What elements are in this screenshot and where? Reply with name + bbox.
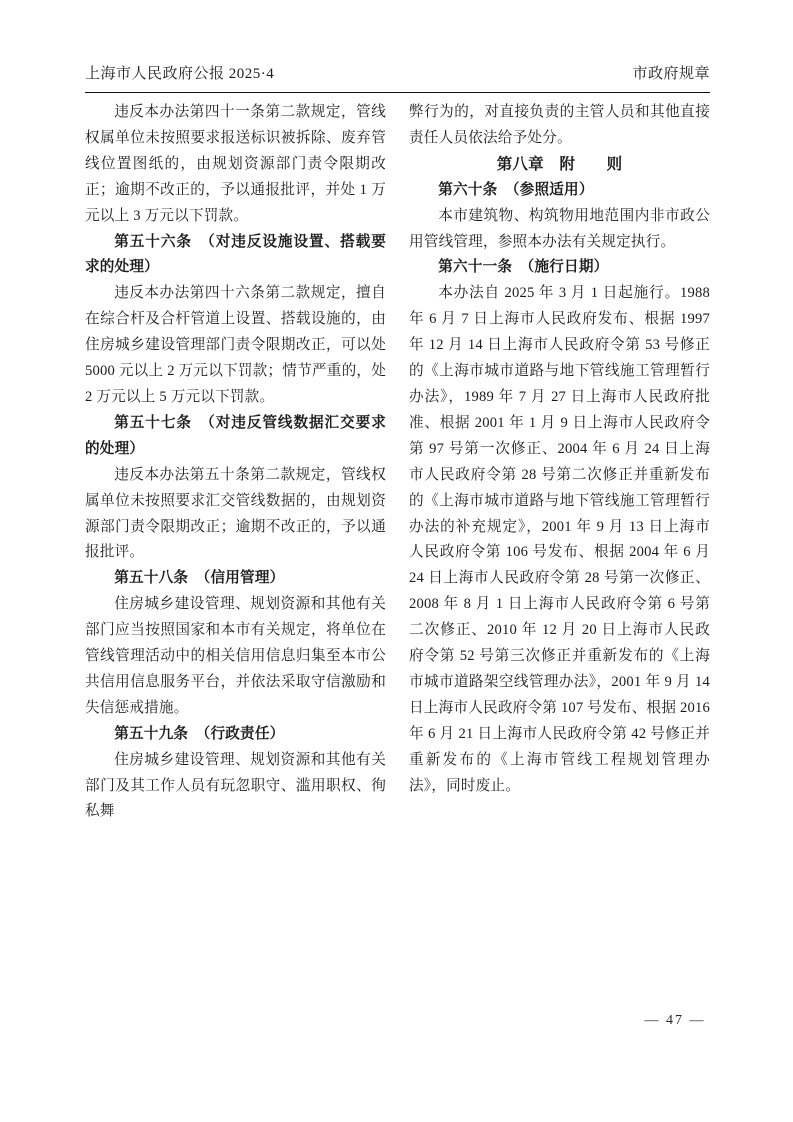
left-column: 违反本办法第四十一条第二款规定，管线权属单位未按照要求报送标识被拆除、废弃管线位… (85, 100, 386, 825)
page-header: 上海市人民政府公报 2025·4 市政府规章 (85, 62, 710, 93)
section-label: 市政府规章 (632, 62, 710, 83)
paragraph: 住房城乡建设管理、规划资源和其他有关部门应当按照国家和本市有关规定，将单位在管线… (85, 592, 386, 722)
article-heading: 第五十七条 （对违反管线数据汇交要求的处理） (85, 411, 386, 463)
gazette-title: 上海市人民政府公报 2025·4 (85, 62, 274, 83)
paragraph: 违反本办法第四十一条第二款规定，管线权属单位未按照要求报送标识被拆除、废弃管线位… (85, 100, 386, 230)
article-heading: 第六十一条 （施行日期） (409, 255, 710, 281)
content-columns: 违反本办法第四十一条第二款规定，管线权属单位未按照要求报送标识被拆除、废弃管线位… (85, 100, 710, 825)
paragraph: 违反本办法第五十条第二款规定，管线权属单位未按照要求汇交管线数据的，由规划资源部… (85, 463, 386, 567)
article-heading: 第五十六条 （对违反设施设置、搭载要求的处理） (85, 230, 386, 282)
paragraph: 违反本办法第四十六条第二款规定，擅自在综合杆及合杆管道上设置、搭载设施的，由住房… (85, 281, 386, 411)
article-heading: 第五十九条 （行政责任） (85, 722, 386, 748)
gazette-page: 上海市人民政府公报 2025·4 市政府规章 违反本办法第四十一条第二款规定，管… (0, 0, 793, 1122)
paragraph: 住房城乡建设管理、规划资源和其他有关部门及其工作人员有玩忽职守、滥用职权、徇私舞 (85, 748, 386, 826)
paragraph: 本办法自 2025 年 3 月 1 日起施行。1988 年 6 月 7 日上海市… (409, 281, 710, 799)
paragraph: 本市建筑物、构筑物用地范围内非市政公用管线管理，参照本办法有关规定执行。 (409, 204, 710, 256)
right-column: 弊行为的，对直接负责的主管人员和其他直接责任人员依法给予处分。 第八章 附 则 … (409, 100, 710, 825)
article-heading: 第六十条 （参照适用） (409, 178, 710, 204)
paragraph-continuation: 弊行为的，对直接负责的主管人员和其他直接责任人员依法给予处分。 (409, 100, 710, 152)
article-heading: 第五十八条 （信用管理） (85, 566, 386, 592)
chapter-heading: 第八章 附 则 (409, 152, 710, 178)
page-number: — 47 — (620, 1013, 730, 1029)
